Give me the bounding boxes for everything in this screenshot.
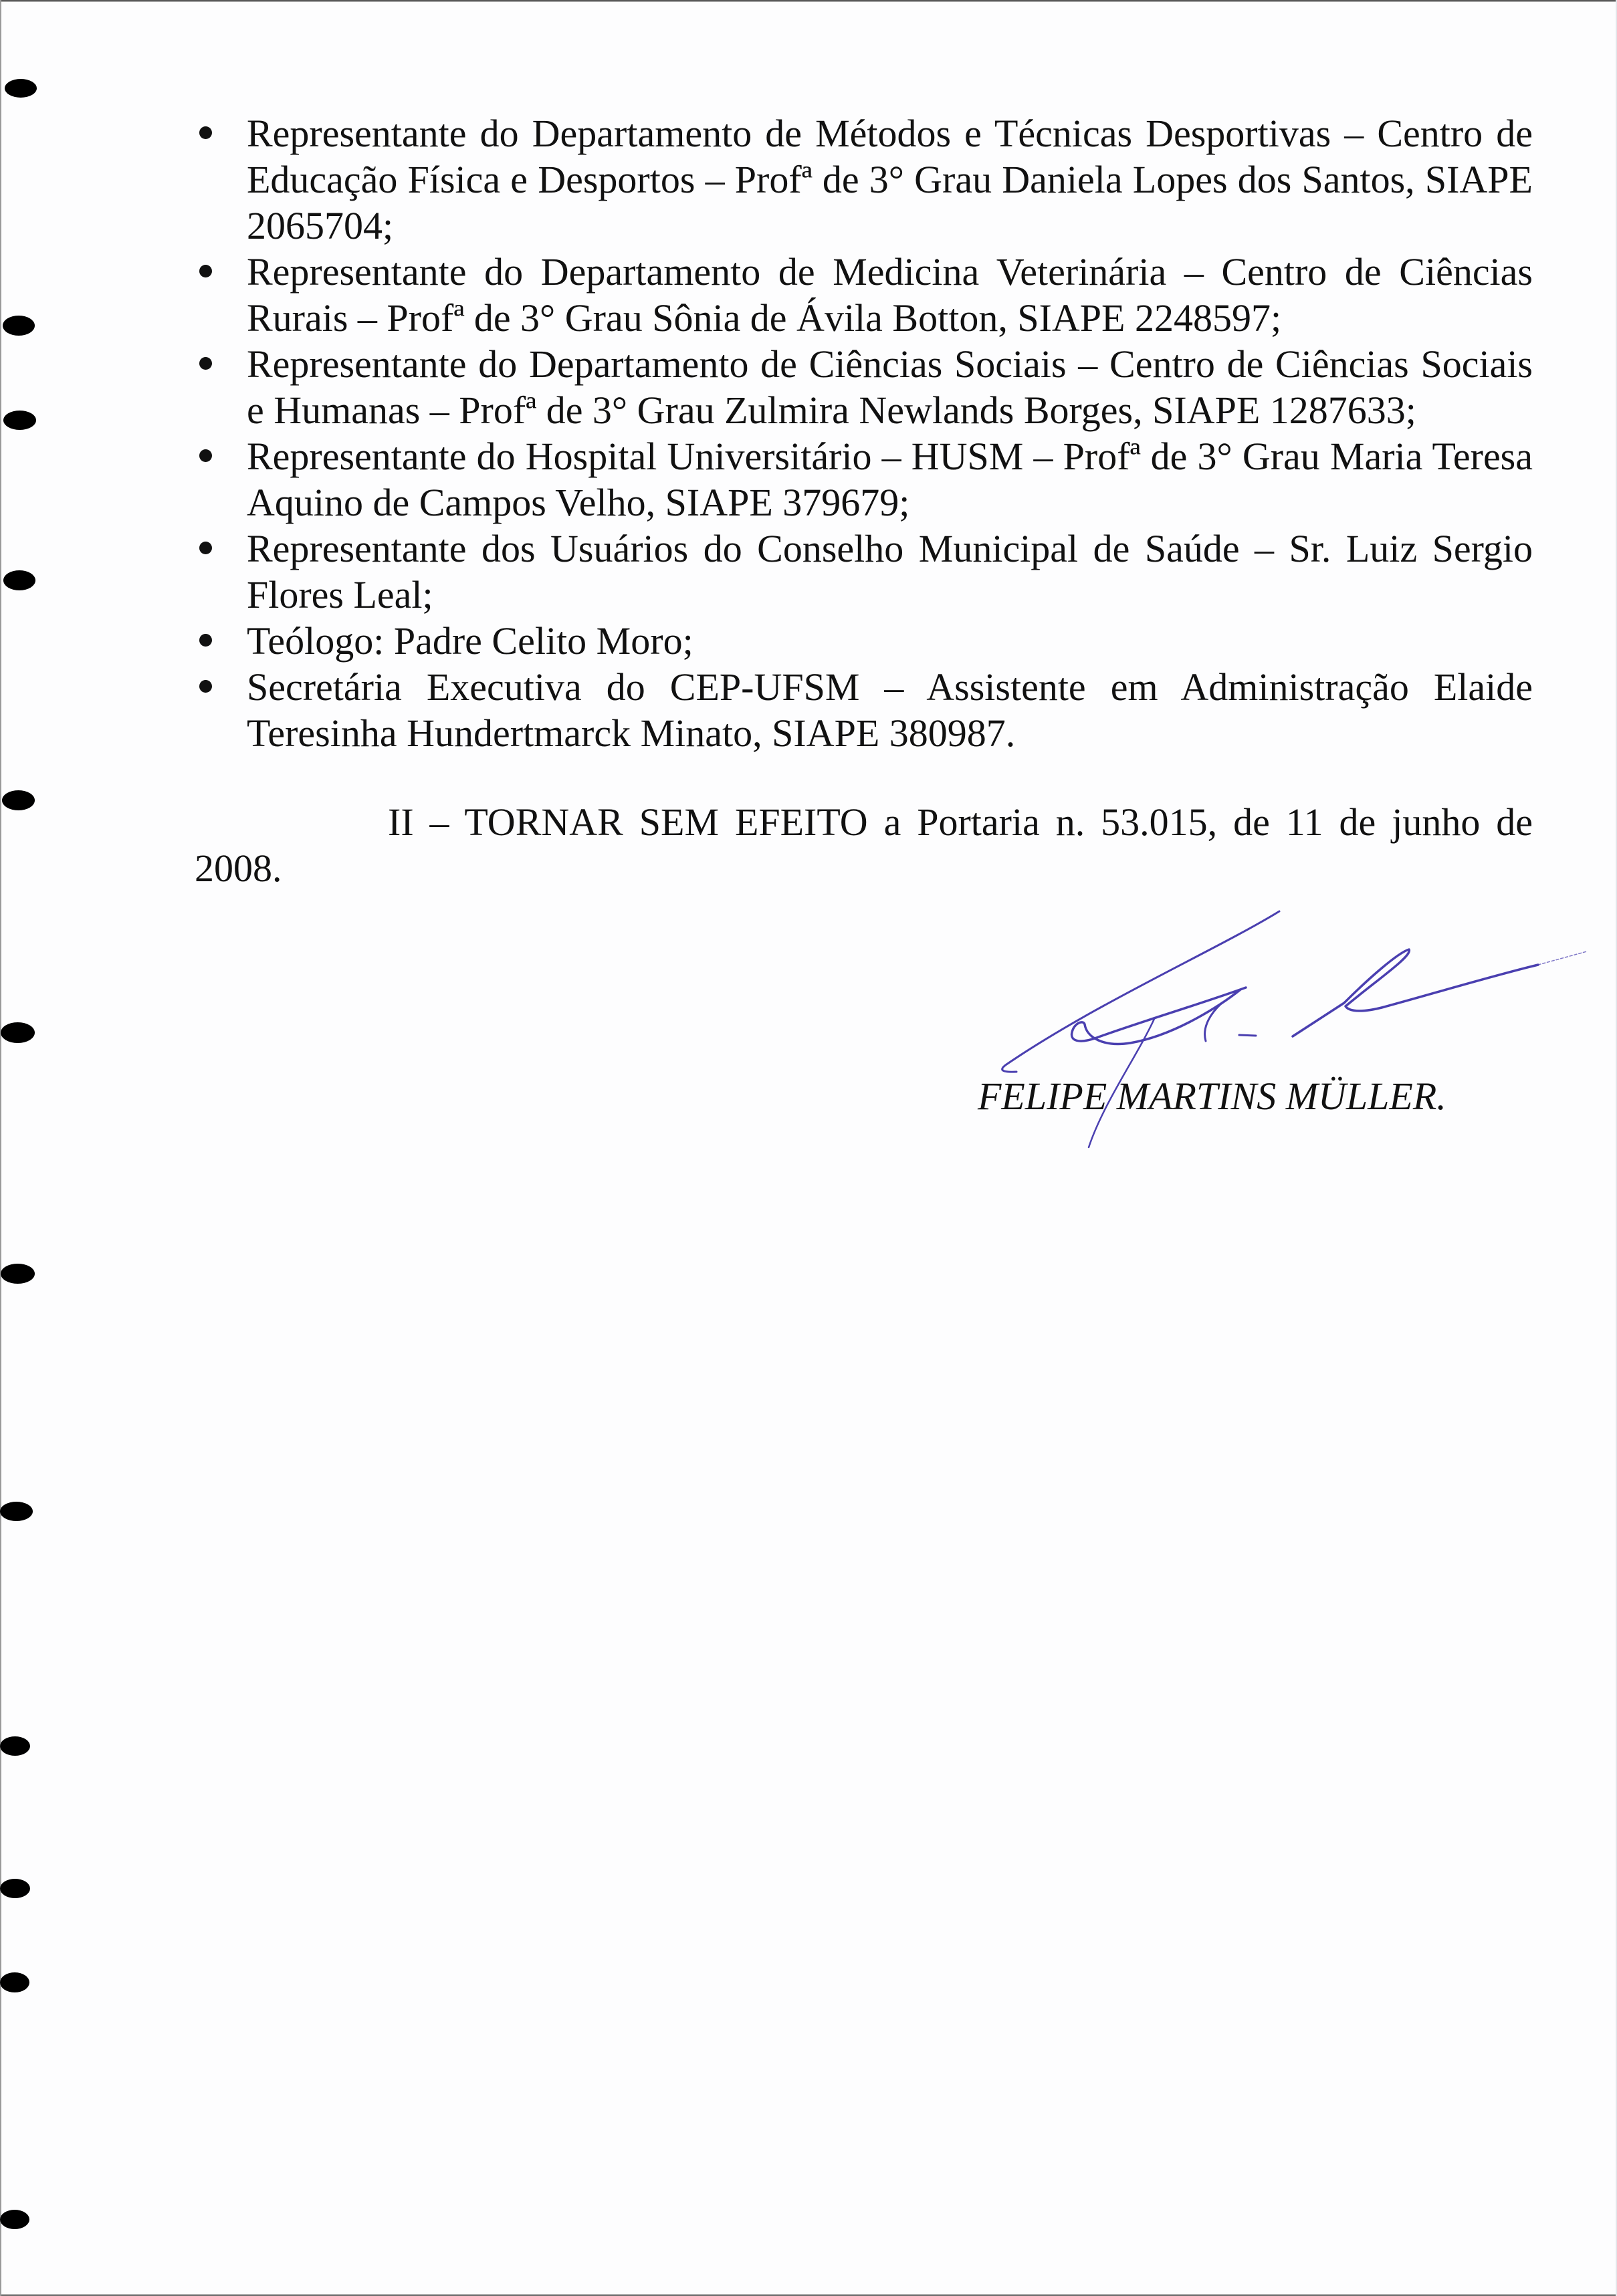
text-line: Representante do Departamento de Medicin… — [247, 249, 1533, 295]
text-line: Secretária Executiva do CEP-UFSM – Assis… — [247, 664, 1533, 710]
text-line: 2008. — [195, 845, 1533, 891]
binder-hole-icon — [5, 79, 37, 98]
binder-hole-icon — [0, 2210, 29, 2229]
text-line: Flores Leal; — [247, 572, 1533, 618]
bullet-icon — [199, 126, 212, 139]
text-line: Representante do Hospital Universitário … — [247, 433, 1533, 479]
scan-edge-left — [0, 0, 1, 2296]
text-line: Teresinha Hundertmarck Minato, SIAPE 380… — [247, 710, 1533, 756]
list-item: Representante dos Usuários do Conselho M… — [194, 526, 1533, 618]
list-item: Teólogo: Padre Celito Moro; — [194, 618, 1533, 664]
bullet-icon — [199, 449, 212, 462]
binder-hole-icon — [0, 1502, 33, 1521]
text-line: Representante do Departamento de Ciência… — [247, 341, 1533, 387]
text-line: 2065704; — [247, 203, 1533, 249]
text-line: Aquino de Campos Velho, SIAPE 379679; — [247, 479, 1533, 526]
text-line: Representante dos Usuários do Conselho M… — [247, 526, 1533, 572]
list-item: Secretária Executiva do CEP-UFSM – Assis… — [194, 664, 1533, 756]
signatory-name: FELIPE MARTINS MÜLLER. — [978, 1073, 1446, 1119]
scan-edge-top — [0, 0, 1617, 2]
text-line: Educação Física e Desportos – Profª de 3… — [247, 156, 1533, 203]
text-line: Representante do Departamento de Métodos… — [247, 110, 1533, 156]
text-line: II – TORNAR SEM EFEITO a Portaria n. 53.… — [195, 799, 1533, 845]
binder-hole-icon — [0, 1972, 29, 1992]
text-line: e Humanas – Profª de 3° Grau Zulmira New… — [247, 387, 1533, 433]
paragraph-ii: II – TORNAR SEM EFEITO a Portaria n. 53.… — [195, 799, 1533, 891]
bullet-icon — [199, 680, 212, 693]
bullet-icon — [199, 634, 212, 647]
list-item: Representante do Departamento de Medicin… — [194, 249, 1533, 341]
bullet-icon — [199, 265, 212, 277]
member-list: Representante do Departamento de Métodos… — [194, 110, 1533, 756]
bullet-icon — [199, 542, 212, 554]
binder-hole-icon — [3, 316, 35, 336]
binder-hole-icon — [3, 411, 36, 430]
list-item: Representante do Departamento de Ciência… — [194, 341, 1533, 433]
binder-hole-icon — [0, 1879, 30, 1898]
binder-hole-icon — [0, 1736, 30, 1756]
text-line: Rurais – Profª de 3° Grau Sônia de Ávila… — [247, 295, 1533, 341]
list-item: Representante do Departamento de Métodos… — [194, 110, 1533, 249]
binder-hole-icon — [3, 570, 35, 590]
list-item: Representante do Hospital Universitário … — [194, 433, 1533, 526]
bullet-icon — [199, 357, 212, 370]
binder-hole-icon — [1, 1022, 35, 1043]
binder-hole-icon — [1, 1264, 35, 1284]
text-line: Teólogo: Padre Celito Moro; — [247, 618, 1533, 664]
binder-hole-icon — [2, 790, 35, 810]
